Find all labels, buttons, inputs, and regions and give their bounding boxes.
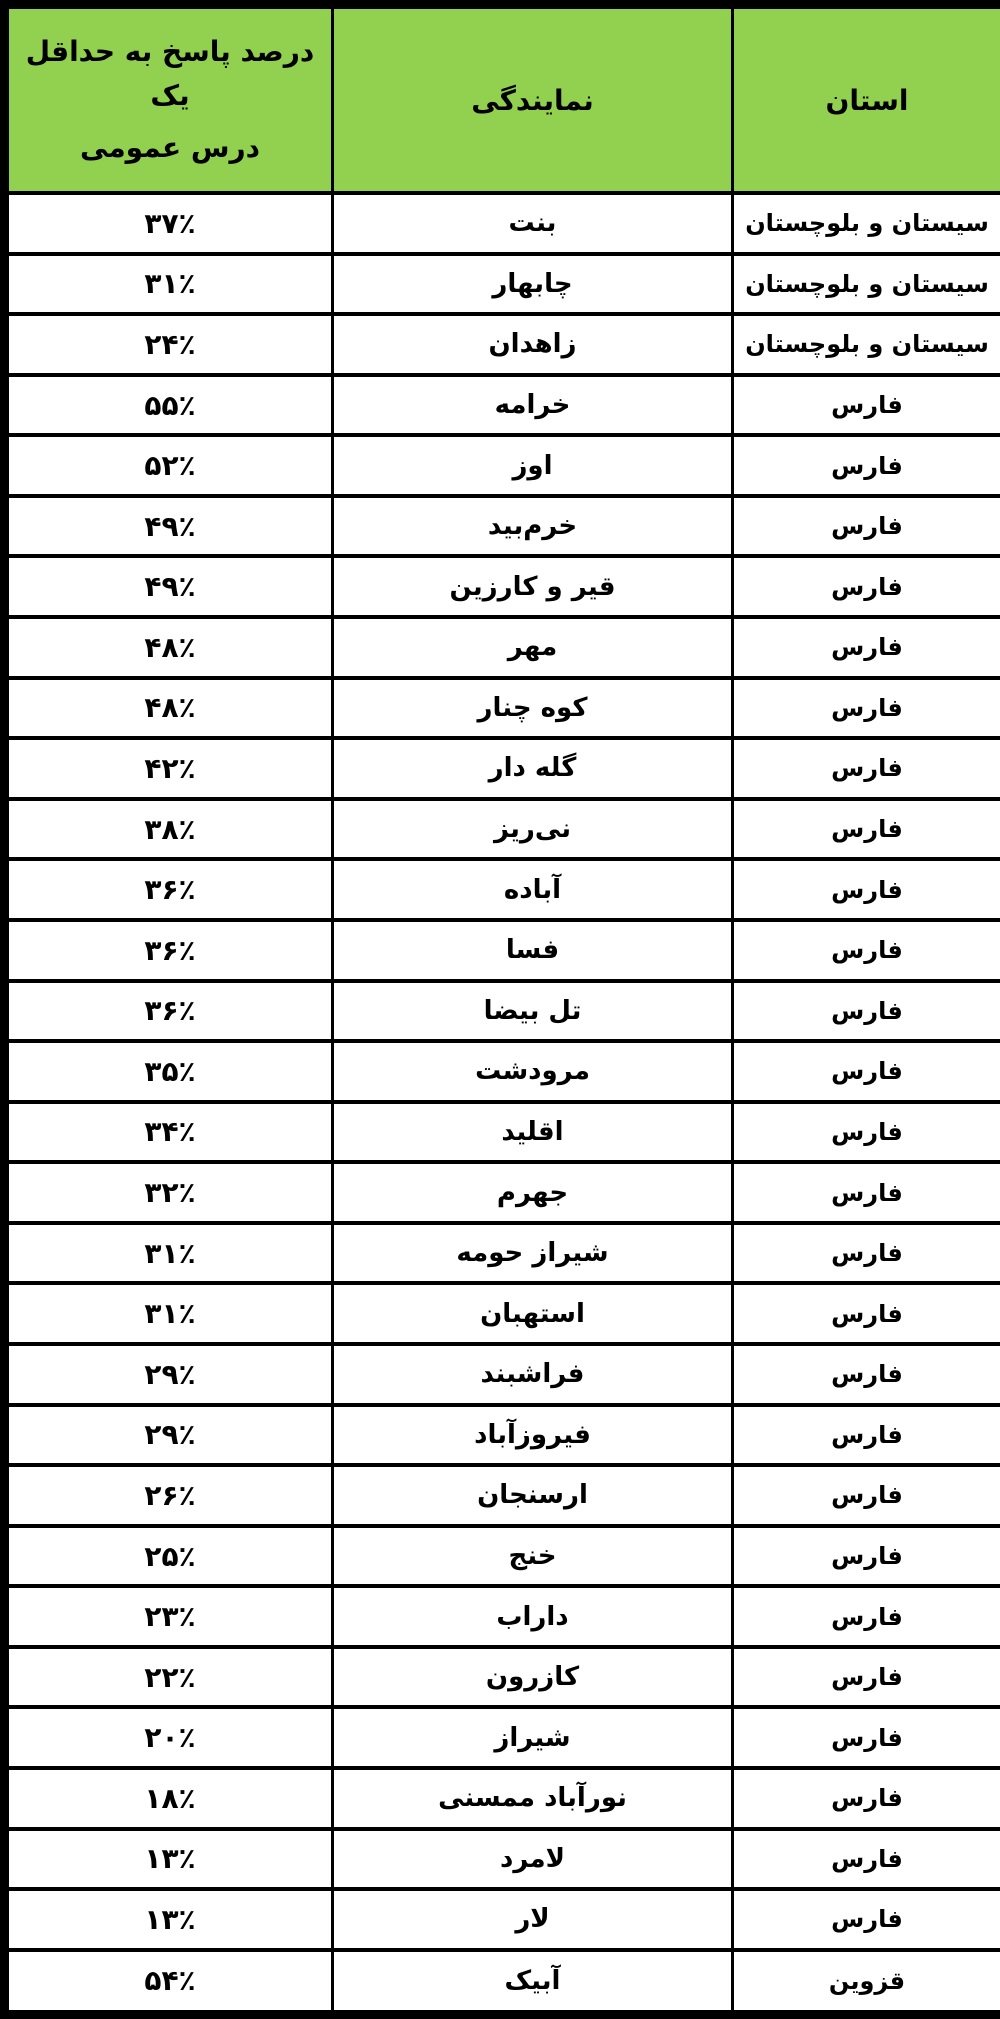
percent-cell: ۳۶٪ — [0, 859, 324, 920]
district-cell: خرامه — [324, 375, 724, 436]
province-cell: فارس — [724, 859, 996, 920]
province-cell: فارس — [724, 1102, 996, 1163]
province-cell: فارس — [724, 1465, 996, 1526]
percent-cell: ۴۹٪ — [0, 556, 324, 617]
table-row: فارس آباده ۳۶٪ — [0, 859, 996, 920]
table-row: فارس اقلید ۳۴٪ — [0, 1102, 996, 1163]
province-cell: فارس — [724, 1405, 996, 1466]
percent-cell: ۲۶٪ — [0, 1465, 324, 1526]
table-row: سیستان و بلوچستان چابهار ۳۱٪ — [0, 254, 996, 315]
district-cell: کوه چنار — [324, 678, 724, 739]
percent-cell: ۵۴٪ — [0, 1950, 324, 2015]
district-cell: اقلید — [324, 1102, 724, 1163]
district-cell: نورآباد ممسنی — [324, 1768, 724, 1829]
district-cell: فسا — [324, 920, 724, 981]
table-row: فارس داراب ۲۳٪ — [0, 1586, 996, 1647]
table-row: فارس گله دار ۴۲٪ — [0, 738, 996, 799]
percent-cell: ۱۳٪ — [0, 1889, 324, 1950]
district-cell: خرم‌بید — [324, 496, 724, 557]
percent-cell: ۱۸٪ — [0, 1768, 324, 1829]
district-cell: لامرد — [324, 1829, 724, 1890]
province-cell: فارس — [724, 1707, 996, 1768]
province-cell: فارس — [724, 1829, 996, 1890]
district-cell: شیراز — [324, 1707, 724, 1768]
district-cell: خنج — [324, 1526, 724, 1587]
table-row: فارس نی‌ریز ۳۸٪ — [0, 799, 996, 860]
table-row: فارس خنج ۲۵٪ — [0, 1526, 996, 1587]
district-cell: زاهدان — [324, 314, 724, 375]
percent-cell: ۳۵٪ — [0, 1041, 324, 1102]
province-cell: فارس — [724, 1162, 996, 1223]
table-row: فارس نورآباد ممسنی ۱۸٪ — [0, 1768, 996, 1829]
province-cell: فارس — [724, 1647, 996, 1708]
district-cell: مهر — [324, 617, 724, 678]
district-cell: قیر و کارزین — [324, 556, 724, 617]
province-cell: فارس — [724, 1041, 996, 1102]
province-cell: فارس — [724, 375, 996, 436]
district-cell: چابهار — [324, 254, 724, 315]
district-cell: بنت — [324, 193, 724, 254]
table-row: فارس قیر و کارزین ۴۹٪ — [0, 556, 996, 617]
header-district: نمایندگی — [324, 5, 724, 194]
province-cell: فارس — [724, 1768, 996, 1829]
table-header: استان نمایندگی درصد پاسخ به حداقل یک درس… — [0, 5, 996, 194]
percent-cell: ۳۷٪ — [0, 193, 324, 254]
percent-cell: ۳۲٪ — [0, 1162, 324, 1223]
table-row: فارس لار ۱۳٪ — [0, 1889, 996, 1950]
table-row: فارس تل بیضا ۳۶٪ — [0, 981, 996, 1042]
percent-cell: ۳۸٪ — [0, 799, 324, 860]
district-cell: مرودشت — [324, 1041, 724, 1102]
table-body: سیستان و بلوچستان بنت ۳۷٪ سیستان و بلوچس… — [0, 193, 996, 2015]
province-cell: فارس — [724, 1344, 996, 1405]
district-cell: گله دار — [324, 738, 724, 799]
header-percent-line1: درصد پاسخ به حداقل یک — [6, 30, 316, 117]
district-cell: آبیک — [324, 1950, 724, 2015]
percent-cell: ۲۹٪ — [0, 1344, 324, 1405]
table-row: فارس ارسنجان ۲۶٪ — [0, 1465, 996, 1526]
district-cell: استهبان — [324, 1283, 724, 1344]
province-cell: فارس — [724, 920, 996, 981]
table-row: فارس شیراز حومه ۳۱٪ — [0, 1223, 996, 1284]
district-cell: ارسنجان — [324, 1465, 724, 1526]
table-row: فارس مهر ۴۸٪ — [0, 617, 996, 678]
header-percent: درصد پاسخ به حداقل یک درس عمومی — [0, 5, 324, 194]
percent-cell: ۳۶٪ — [0, 981, 324, 1042]
province-cell: قزوین — [724, 1950, 996, 2015]
province-cell: سیستان و بلوچستان — [724, 314, 996, 375]
district-cell: تل بیضا — [324, 981, 724, 1042]
table-row: فارس جهرم ۳۲٪ — [0, 1162, 996, 1223]
district-cell: نی‌ریز — [324, 799, 724, 860]
table-row: فارس خرامه ۵۵٪ — [0, 375, 996, 436]
district-cell: شیراز حومه — [324, 1223, 724, 1284]
district-cell: فیروزآباد — [324, 1405, 724, 1466]
percent-cell: ۴۲٪ — [0, 738, 324, 799]
percent-cell: ۲۵٪ — [0, 1526, 324, 1587]
percent-cell: ۳۱٪ — [0, 254, 324, 315]
province-cell: فارس — [724, 556, 996, 617]
table-row: فارس فیروزآباد ۲۹٪ — [0, 1405, 996, 1466]
province-cell: سیستان و بلوچستان — [724, 254, 996, 315]
district-cell: داراب — [324, 1586, 724, 1647]
province-cell: فارس — [724, 1586, 996, 1647]
province-cell: فارس — [724, 1526, 996, 1587]
percent-cell: ۳۱٪ — [0, 1283, 324, 1344]
table-row: فارس اوز ۵۲٪ — [0, 435, 996, 496]
district-cell: اوز — [324, 435, 724, 496]
percent-cell: ۲۹٪ — [0, 1405, 324, 1466]
table-row: قزوین آبیک ۵۴٪ — [0, 1950, 996, 2015]
province-cell: فارس — [724, 738, 996, 799]
table-row: سیستان و بلوچستان زاهدان ۲۴٪ — [0, 314, 996, 375]
header-province: استان — [724, 5, 996, 194]
header-row: استان نمایندگی درصد پاسخ به حداقل یک درس… — [0, 5, 996, 194]
table-row: فارس لامرد ۱۳٪ — [0, 1829, 996, 1890]
percent-cell: ۲۳٪ — [0, 1586, 324, 1647]
district-cell: آباده — [324, 859, 724, 920]
district-cell: فراشبند — [324, 1344, 724, 1405]
percent-cell: ۲۲٪ — [0, 1647, 324, 1708]
table-row: فارس کازرون ۲۲٪ — [0, 1647, 996, 1708]
table-row: فارس کوه چنار ۴۸٪ — [0, 678, 996, 739]
percent-cell: ۴۹٪ — [0, 496, 324, 557]
percent-cell: ۱۳٪ — [0, 1829, 324, 1890]
table-row: فارس فسا ۳۶٪ — [0, 920, 996, 981]
province-cell: فارس — [724, 1223, 996, 1284]
province-cell: فارس — [724, 678, 996, 739]
table-row: فارس مرودشت ۳۵٪ — [0, 1041, 996, 1102]
percent-cell: ۳۱٪ — [0, 1223, 324, 1284]
province-cell: فارس — [724, 617, 996, 678]
report-page: استان نمایندگی درصد پاسخ به حداقل یک درس… — [0, 0, 1000, 2019]
district-cell: جهرم — [324, 1162, 724, 1223]
table-row: فارس استهبان ۳۱٪ — [0, 1283, 996, 1344]
province-cell: فارس — [724, 981, 996, 1042]
province-cell: فارس — [724, 799, 996, 860]
percent-cell: ۳۴٪ — [0, 1102, 324, 1163]
district-cell: لار — [324, 1889, 724, 1950]
percent-cell: ۲۴٪ — [0, 314, 324, 375]
percent-cell: ۵۲٪ — [0, 435, 324, 496]
results-table: استان نمایندگی درصد پاسخ به حداقل یک درس… — [0, 0, 1000, 2019]
table-row: فارس فراشبند ۲۹٪ — [0, 1344, 996, 1405]
header-percent-line2: درس عمومی — [6, 126, 316, 169]
province-cell: فارس — [724, 435, 996, 496]
percent-cell: ۴۸٪ — [0, 678, 324, 739]
province-cell: فارس — [724, 1283, 996, 1344]
table-row: سیستان و بلوچستان بنت ۳۷٪ — [0, 193, 996, 254]
percent-cell: ۲۰٪ — [0, 1707, 324, 1768]
table-row: فارس خرم‌بید ۴۹٪ — [0, 496, 996, 557]
province-cell: سیستان و بلوچستان — [724, 193, 996, 254]
percent-cell: ۴۸٪ — [0, 617, 324, 678]
district-cell: کازرون — [324, 1647, 724, 1708]
percent-cell: ۳۶٪ — [0, 920, 324, 981]
province-cell: فارس — [724, 1889, 996, 1950]
percent-cell: ۵۵٪ — [0, 375, 324, 436]
table-row: فارس شیراز ۲۰٪ — [0, 1707, 996, 1768]
province-cell: فارس — [724, 496, 996, 557]
